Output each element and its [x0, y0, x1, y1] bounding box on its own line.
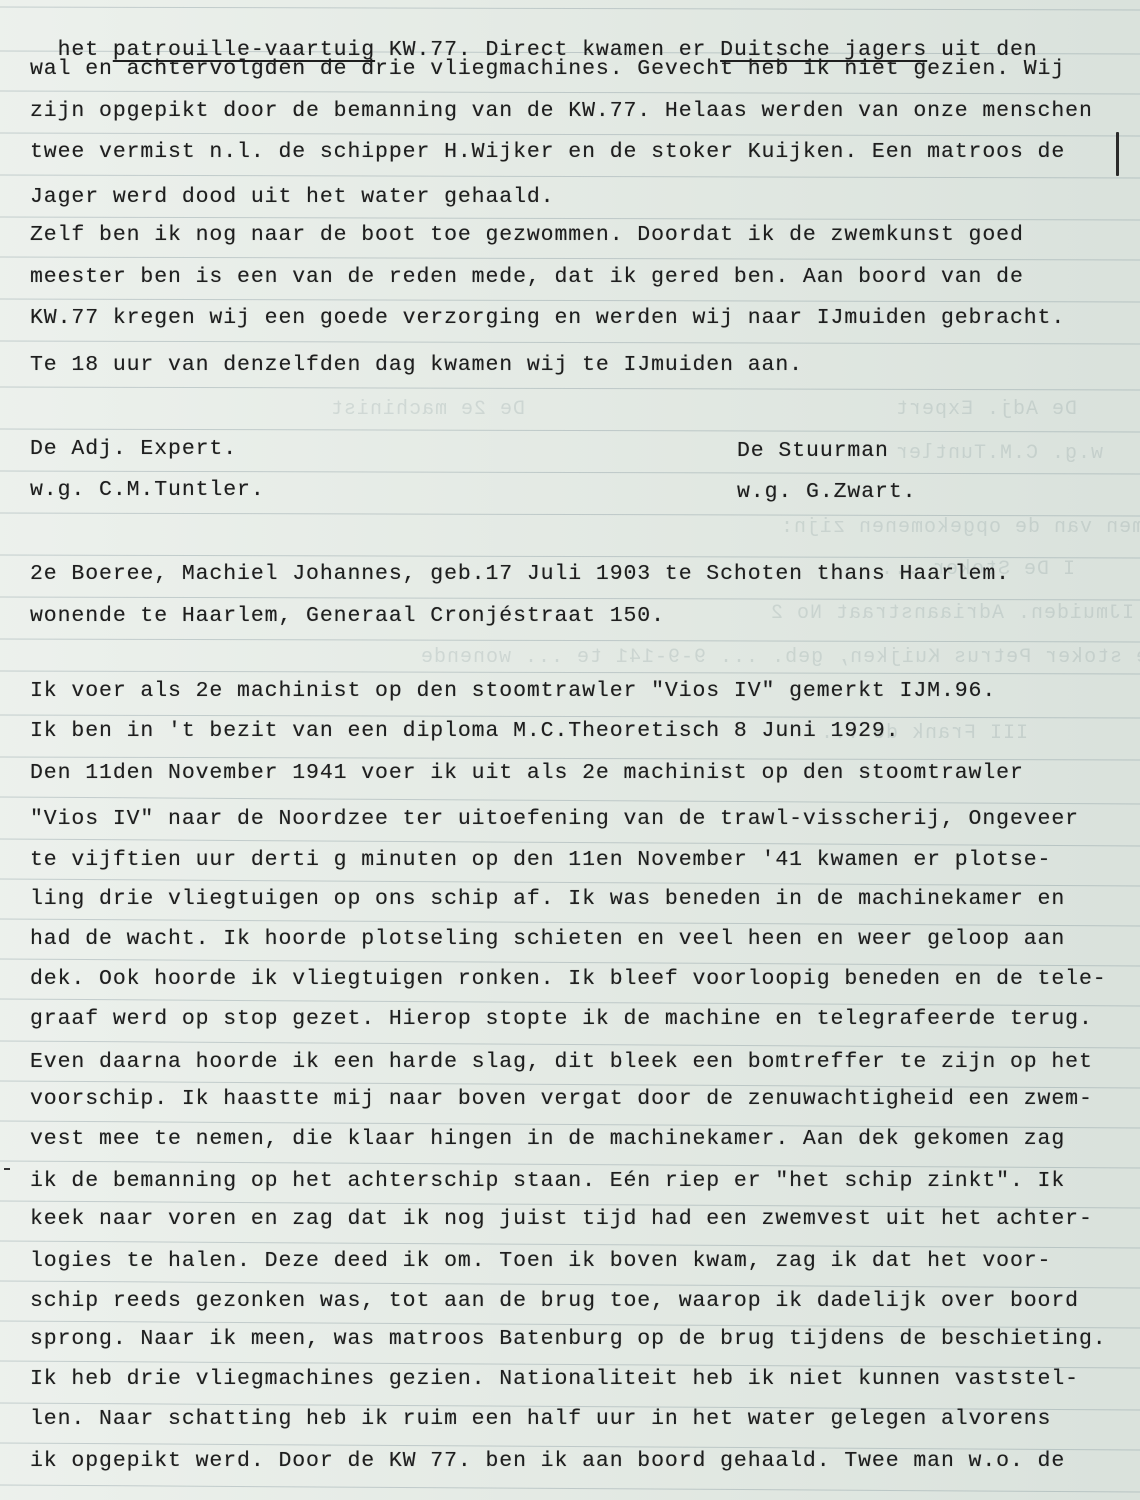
show-through-text: De Adj. Expert	[895, 398, 1077, 421]
text-line: had de wacht. Ik hoorde plotseling schie…	[30, 929, 1065, 951]
ruled-line	[0, 387, 1140, 391]
text-line: Ik voer als 2e machinist op den stoomtra…	[30, 681, 996, 703]
ruled-line	[0, 757, 1140, 761]
ruled-line	[0, 7, 1140, 11]
ruled-line	[0, 597, 1140, 601]
signature-right-title: De Stuurman	[737, 441, 889, 463]
text-line: Even daarna hoorde ik een harde slag, di…	[30, 1052, 1093, 1074]
ruled-line	[0, 671, 1140, 675]
ruled-line	[0, 217, 1140, 221]
ruled-line	[0, 429, 1140, 433]
ruled-line	[0, 257, 1140, 261]
ruled-line	[0, 91, 1140, 95]
text-line: graaf werd op stop gezet. Hierop stopte …	[30, 1009, 1093, 1031]
witness-address: wonende te Haarlem, Generaal Cronjéstraa…	[30, 606, 665, 628]
ruled-line	[0, 959, 1140, 967]
text-line: ik opgepikt werd. Door de KW 77. ben ik …	[30, 1451, 1065, 1473]
ruled-line	[0, 1241, 1140, 1249]
text-line: te vijftien uur derti g minuten op den 1…	[30, 850, 1051, 872]
text-line: Jager werd dood uit het water gehaald.	[30, 187, 554, 209]
ruled-line	[0, 715, 1140, 719]
text-line: ling drie vliegtuigen op ons schip af. I…	[30, 889, 1065, 911]
ruled-line	[0, 1281, 1140, 1289]
text-line: twee vermist n.l. de schipper H.Wijker e…	[30, 142, 1065, 164]
ruled-line	[0, 1041, 1140, 1049]
text-line: KW.77 kregen wij een goede verzorging en…	[30, 308, 1065, 330]
margin-correction-bar	[1116, 132, 1119, 176]
text-line: Ik heb drie vliegmachines gezien. Nation…	[30, 1369, 1079, 1391]
signature-left-title: De Adj. Expert.	[30, 439, 237, 461]
show-through-text: II de stoker Petrus Kuijken, geb. ... 9-…	[420, 646, 1140, 669]
margin-tick-mark	[4, 1168, 10, 1170]
ruled-line	[0, 299, 1140, 303]
text-line: vest mee te nemen, die klaar hingen in d…	[30, 1129, 1065, 1151]
ruled-line	[0, 133, 1140, 137]
ruled-line	[0, 879, 1140, 887]
ruled-line	[0, 639, 1140, 643]
witness-identity: 2e Boeree, Machiel Johannes, geb.17 Juli…	[30, 564, 1010, 586]
show-through-text: te IJmuiden. Adriaanstraat No 2	[770, 602, 1140, 625]
text-line: Ik ben in 't bezit van een diploma M.C.T…	[30, 721, 900, 743]
text-line: schip reeds gezonken was, tot aan de bru…	[30, 1291, 1079, 1313]
text-line: "Vios IV" naar de Noordzee ter uitoefeni…	[30, 809, 1079, 831]
ruled-line	[0, 471, 1140, 475]
show-through-text: De 2e machinist	[330, 398, 525, 421]
text-line: Te 18 uur van denzelfden dag kwamen wij …	[30, 355, 803, 377]
ruled-line	[0, 919, 1140, 927]
text-line: Den 11den November 1941 voer ik uit als …	[30, 763, 1024, 785]
signature-left-name: w.g. C.M.Tuntler.	[30, 480, 265, 502]
text-line: ik de bemanning op het achterschip staan…	[30, 1171, 1065, 1193]
text-line: zijn opgepikt door de bemanning van de K…	[30, 101, 1093, 123]
text-line: meester ben is een van de reden mede, da…	[30, 267, 1024, 289]
ruled-line	[0, 341, 1140, 345]
text-line: dek. Ook hoorde ik vliegtuigen ronken. I…	[30, 969, 1107, 991]
ruled-line	[0, 839, 1140, 847]
text-line: wal en achtervolgden de drie vliegmachin…	[30, 59, 1065, 81]
text-line: het patrouille-vaartuig KW.77. Direct kw…	[30, 18, 1038, 61]
ruled-line	[0, 175, 1140, 179]
show-through-text: w.g. C.M.Tuntler	[895, 442, 1103, 465]
ruled-line	[0, 1485, 1140, 1493]
ruled-line	[0, 1161, 1140, 1169]
text-line: logies te halen. Deze deed ik om. Toen i…	[30, 1251, 1051, 1273]
text-line: voorschip. Ik haastte mij naar boven ver…	[30, 1089, 1093, 1111]
text-line: len. Naar schatting heb ik ruim een half…	[30, 1409, 1051, 1431]
show-through-text: De namen van de opgekomenen zijn:	[780, 516, 1140, 539]
text-line: sprong. Naar ik meen, was matroos Batenb…	[30, 1329, 1107, 1351]
ruled-line	[0, 797, 1140, 805]
ruled-line	[0, 999, 1140, 1007]
text-line: keek naar voren en zag dat ik nog juist …	[30, 1209, 1093, 1231]
text-line: Zelf ben ik nog naar de boot toe gezwomm…	[30, 225, 1024, 247]
signature-right-name: w.g. G.Zwart.	[737, 482, 916, 504]
